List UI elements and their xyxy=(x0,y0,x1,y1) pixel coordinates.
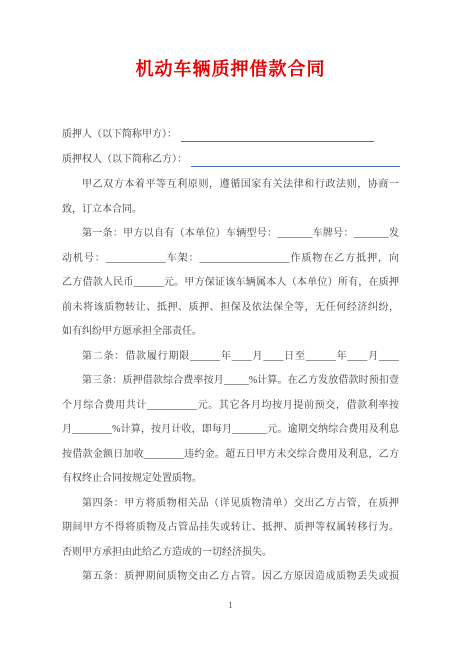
body-line: 致，订立本合同。 xyxy=(62,198,399,223)
body-line: 第五条：质押期间质物交由乙方占管。因乙方原因造成质物丢失或损 xyxy=(62,565,399,590)
pledgee-label: 质押权人（以下简称乙方）： xyxy=(62,153,187,167)
document-title: 机动车辆质押借款合同 xyxy=(0,56,461,82)
fill-in-blank-line xyxy=(181,129,374,142)
body-line: 甲乙双方本着平等互利原则，遵循国家有关法律和行政法则，协商一 xyxy=(62,173,399,198)
page-number: 1 xyxy=(0,600,461,610)
body-line: 月________%计算，按月计收，即每月_______元。逾期交纳综合费用及利… xyxy=(62,418,399,443)
body-line: 第一条：甲方以自有（本单位）车辆型号：_______车牌号：_______发 xyxy=(62,222,399,247)
pledgor-row: 质押人（以下简称甲方）： xyxy=(62,128,400,142)
contract-body: 甲乙双方本着平等互利原则，遵循国家有关法律和行政法则，协商一 致，订立本合同。 … xyxy=(62,173,399,590)
body-line: 按借款金额日加收________违约金。超五日甲方未交综合费用及利息，乙方 xyxy=(62,443,399,468)
body-line: 前未将该质物转让、抵押、质押、担保及依法保全等，无任何经济纠纷， xyxy=(62,296,399,321)
body-line: 乙方借款人民币______元。甲方保证该车辆属本人（本单位）所有，在质押 xyxy=(62,271,399,296)
fill-in-blank-line xyxy=(191,154,400,167)
pledgor-label: 质押人（以下简称甲方）： xyxy=(62,128,177,142)
contract-page: 机动车辆质押借款合同 质押人（以下简称甲方）： 质押权人（以下简称乙方）： 甲乙… xyxy=(0,0,461,653)
body-line: 否则甲方承担由此给乙方造成的一切经济损失。 xyxy=(62,541,399,566)
body-line: 期间甲方不得将质物及占管品挂失或转让、抵押、质押等权属转移行为。 xyxy=(62,516,399,541)
body-line: 有权终止合同按规定处置质物。 xyxy=(62,467,399,492)
body-line: 第四条：甲方将质物相关品（详见质物清单）交出乙方占管，在质押 xyxy=(62,492,399,517)
pledgee-row: 质押权人（以下简称乙方）： xyxy=(62,153,400,167)
body-line: 第二条：借款履行期限______年____月____日至______年____月… xyxy=(62,345,399,370)
body-line: 动机号：____________车架：__________________作质物… xyxy=(62,247,399,272)
body-line: 第三条：质押借款综合费率按月_____%计算。在乙方发放借款时预扣壹 xyxy=(62,369,399,394)
body-line: 个月综合费用共计__________元。其它各月均按月提前预交，借款利率按 xyxy=(62,394,399,419)
body-line: 如有纠纷甲方愿承担全部责任。 xyxy=(62,320,399,345)
